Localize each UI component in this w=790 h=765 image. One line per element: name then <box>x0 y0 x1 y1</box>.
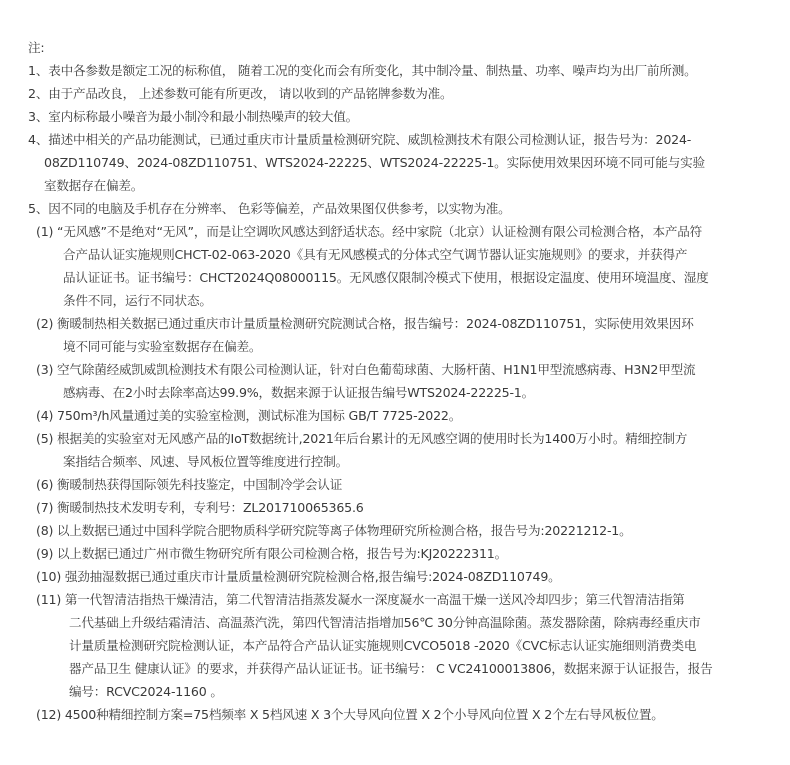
subnote-line-continued: 品认证证书。证书编号：CHCT2024Q08000115。无风感仅限制冷模式下使… <box>36 266 768 289</box>
note-item-1: 1、表中各参数是额定工况的标称值， 随着工况的变化而会有所变化，其中制冷量、制热… <box>28 59 768 82</box>
subnote-line: (6) 衡暖制热获得国际领先科技鉴定，中国制冷学会认证 <box>36 473 768 496</box>
note-line: 5、因不同的电脑及手机存在分辨率、 色彩等偏差，产品效果图仅供参考，以实物为准。 <box>28 197 768 220</box>
subnote-line: (12) 4500种精细控制方案=75档频率 X 5档风速 X 3个大导风向位置… <box>36 703 768 726</box>
subnote-3: (3) 空气除菌经威凯威凯检测技术有限公司检测认证，针对白色葡萄球菌、大肠杆菌、… <box>28 358 768 404</box>
note-item-2: 2、由于产品改良， 上述参数可能有所更改， 请以收到的产品铭牌参数为准。 <box>28 82 768 105</box>
subnote-line-continued: 案指结合频率、风速、导风板位置等维度进行控制。 <box>36 450 768 473</box>
subnote-line-continued: 器产品卫生 健康认证》的要求，并获得产品认证证书。证书编号： C VC24100… <box>36 657 768 680</box>
subnote-6: (6) 衡暖制热获得国际领先科技鉴定，中国制冷学会认证 <box>28 473 768 496</box>
subnote-line-continued: 境不同可能与实验室数据存在偏差。 <box>36 335 768 358</box>
notes-section: 注: 1、表中各参数是额定工况的标称值， 随着工况的变化而会有所变化，其中制冷量… <box>28 36 768 726</box>
subnote-line: (5) 根据美的实验室对无风感产品的IoT数据统计,2021年后台累计的无风感空… <box>36 427 768 450</box>
subnote-12: (12) 4500种精细控制方案=75档频率 X 5档风速 X 3个大导风向位置… <box>28 703 768 726</box>
subnote-11: (11) 第一代智清洁指热干燥清洁，第二代智清洁指蒸发凝水一深度凝水一高温干燥一… <box>28 588 768 703</box>
subnote-4: (4) 750m³/h风量通过美的实验室检测，测试标准为国标 GB/T 7725… <box>28 404 768 427</box>
subnote-8: (8) 以上数据已通过中国科学院合肥物质科学研究院等离子体物理研究所检测合格，报… <box>28 519 768 542</box>
note-item-4: 4、描述中相关的产品功能测试，已通过重庆市计量质量检测研究院、威凯检测技术有限公… <box>28 128 768 197</box>
subnote-line: (10) 强劲抽湿数据已通过重庆市计量质量检测研究院检测合格,报告编号:2024… <box>36 565 768 588</box>
subnote-line-continued: 计量质量检测研究院检测认证，本产品符合产品认证实施规则CVCO5018 -202… <box>36 634 768 657</box>
subnote-line: (3) 空气除菌经威凯威凯检测技术有限公司检测认证，针对白色葡萄球菌、大肠杆菌、… <box>36 358 768 381</box>
subnote-line-continued: 合产品认证实施规则CHCT-02-063-2020《具有无风感模式的分体式空气调… <box>36 243 768 266</box>
subnote-5: (5) 根据美的实验室对无风感产品的IoT数据统计,2021年后台累计的无风感空… <box>28 427 768 473</box>
note-item-3: 3、室内标称最小噪音为最小制冷和最小制热噪声的较大值。 <box>28 105 768 128</box>
subnote-line-continued: 感病毒、在2小时去除率高达99.9%，数据来源于认证报告编号WTS2024-22… <box>36 381 768 404</box>
subnote-line: (4) 750m³/h风量通过美的实验室检测，测试标准为国标 GB/T 7725… <box>36 404 768 427</box>
note-line: 1、表中各参数是额定工况的标称值， 随着工况的变化而会有所变化，其中制冷量、制热… <box>28 59 768 82</box>
subnote-line: (9) 以上数据已通过广州市微生物研究所有限公司检测合格，报告号为:KJ2022… <box>36 542 768 565</box>
subnote-line-continued: 编号：RCVC2024-1160 。 <box>36 680 768 703</box>
subnote-line: (2) 衡暖制热相关数据已通过重庆市计量质量检测研究院测试合格，报告编号：202… <box>36 312 768 335</box>
notes-title: 注: <box>28 36 768 59</box>
subnote-line-continued: 条件不同，运行不同状态。 <box>36 289 768 312</box>
subnote-line: (11) 第一代智清洁指热干燥清洁，第二代智清洁指蒸发凝水一深度凝水一高温干燥一… <box>36 588 768 611</box>
subnote-10: (10) 强劲抽湿数据已通过重庆市计量质量检测研究院检测合格,报告编号:2024… <box>28 565 768 588</box>
subnote-7: (7) 衡暖制热技术发明专利，专利号：ZL201710065365.6 <box>28 496 768 519</box>
subnote-1: (1) “无风感”不是绝对“无风”，而是让空调吹风感达到舒适状态。经中家院（北京… <box>28 220 768 312</box>
note-item-5: 5、因不同的电脑及手机存在分辨率、 色彩等偏差，产品效果图仅供参考，以实物为准。 <box>28 197 768 220</box>
subnote-9: (9) 以上数据已通过广州市微生物研究所有限公司检测合格，报告号为:KJ2022… <box>28 542 768 565</box>
note-line: 3、室内标称最小噪音为最小制冷和最小制热噪声的较大值。 <box>28 105 768 128</box>
subnote-line: (7) 衡暖制热技术发明专利，专利号：ZL201710065365.6 <box>36 496 768 519</box>
note-line-continued: 08ZD110749、2024-08ZD110751、WTS2024-22225… <box>28 151 768 174</box>
note-line: 2、由于产品改良， 上述参数可能有所更改， 请以收到的产品铭牌参数为准。 <box>28 82 768 105</box>
subnote-2: (2) 衡暖制热相关数据已通过重庆市计量质量检测研究院测试合格，报告编号：202… <box>28 312 768 358</box>
note-line: 4、描述中相关的产品功能测试，已通过重庆市计量质量检测研究院、威凯检测技术有限公… <box>28 128 768 151</box>
subnote-line: (1) “无风感”不是绝对“无风”，而是让空调吹风感达到舒适状态。经中家院（北京… <box>36 220 768 243</box>
subnote-line: (8) 以上数据已通过中国科学院合肥物质科学研究院等离子体物理研究所检测合格，报… <box>36 519 768 542</box>
note-line-continued: 室数据存在偏差。 <box>28 174 768 197</box>
subnote-line-continued: 二代基础上升级结霜清洁、高温蒸汽洗，第四代智清洁指增加56℃ 30分钟高温除菌。… <box>36 611 768 634</box>
